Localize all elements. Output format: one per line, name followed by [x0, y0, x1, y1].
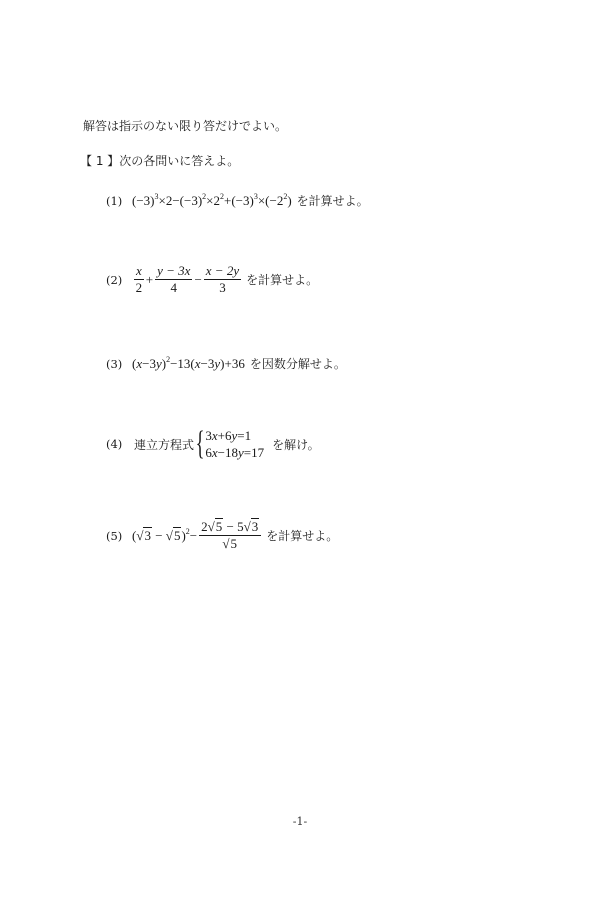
problem-instruction: を解け。: [272, 436, 320, 453]
problem-4: (4) 連立方程式 { 3x+6y=1 6x−18y=17 を解け。: [106, 427, 320, 461]
problem-expression: x2 + y − 3x4 − x − 2y3: [132, 264, 243, 295]
page-number: -1-: [0, 815, 600, 828]
left-brace: {: [196, 427, 205, 461]
section-label: 【 1 】: [80, 154, 119, 168]
problem-expression: (x−3y)2−13(x−3y)+36: [132, 356, 245, 372]
problem-instruction: を因数分解せよ。: [250, 355, 346, 372]
fraction: y − 3x4: [155, 264, 192, 295]
equation-1: 3x+6y=1: [205, 427, 264, 444]
equation-2: 6x−18y=17: [205, 444, 264, 461]
fraction: 2√5 − 5√3 √5: [199, 520, 261, 551]
problem-prefix: 連立方程式: [134, 436, 194, 453]
problem-5: (5) (√3 − √5)2− 2√5 − 5√3 √5 を計算せよ。: [106, 520, 338, 551]
problem-3: (3) (x−3y)2−13(x−3y)+36 を因数分解せよ。: [106, 355, 346, 372]
section-title: 次の各問いに答えよ。: [119, 154, 239, 168]
equation-system: 3x+6y=1 6x−18y=17: [205, 427, 264, 461]
problem-instruction: を計算せよ。: [246, 271, 318, 288]
problem-expression: (−3)3×2−(−3)2×22+(−3)3×(−22): [132, 193, 292, 209]
problem-number: (1): [106, 194, 132, 208]
general-instruction: 解答は指示のない限り答だけでよい。: [83, 117, 287, 134]
fraction: x − 2y3: [204, 264, 241, 295]
problem-number: (3): [106, 357, 132, 371]
problem-2: (2) x2 + y − 3x4 − x − 2y3 を計算せよ。: [106, 264, 318, 295]
problem-number: (5): [106, 529, 132, 543]
fraction: x2: [134, 264, 144, 295]
problem-instruction: を計算せよ。: [297, 192, 369, 209]
problem-expression: (√3 − √5)2− 2√5 − 5√3 √5: [132, 520, 263, 551]
problem-instruction: を計算せよ。: [266, 527, 338, 544]
problem-number: (4): [106, 437, 134, 451]
problem-1: (1) (−3)3×2−(−3)2×22+(−3)3×(−22) を計算せよ。: [106, 192, 369, 209]
problem-number: (2): [106, 273, 132, 287]
section-heading: 【 1 】次の各問いに答えよ。: [80, 152, 239, 169]
